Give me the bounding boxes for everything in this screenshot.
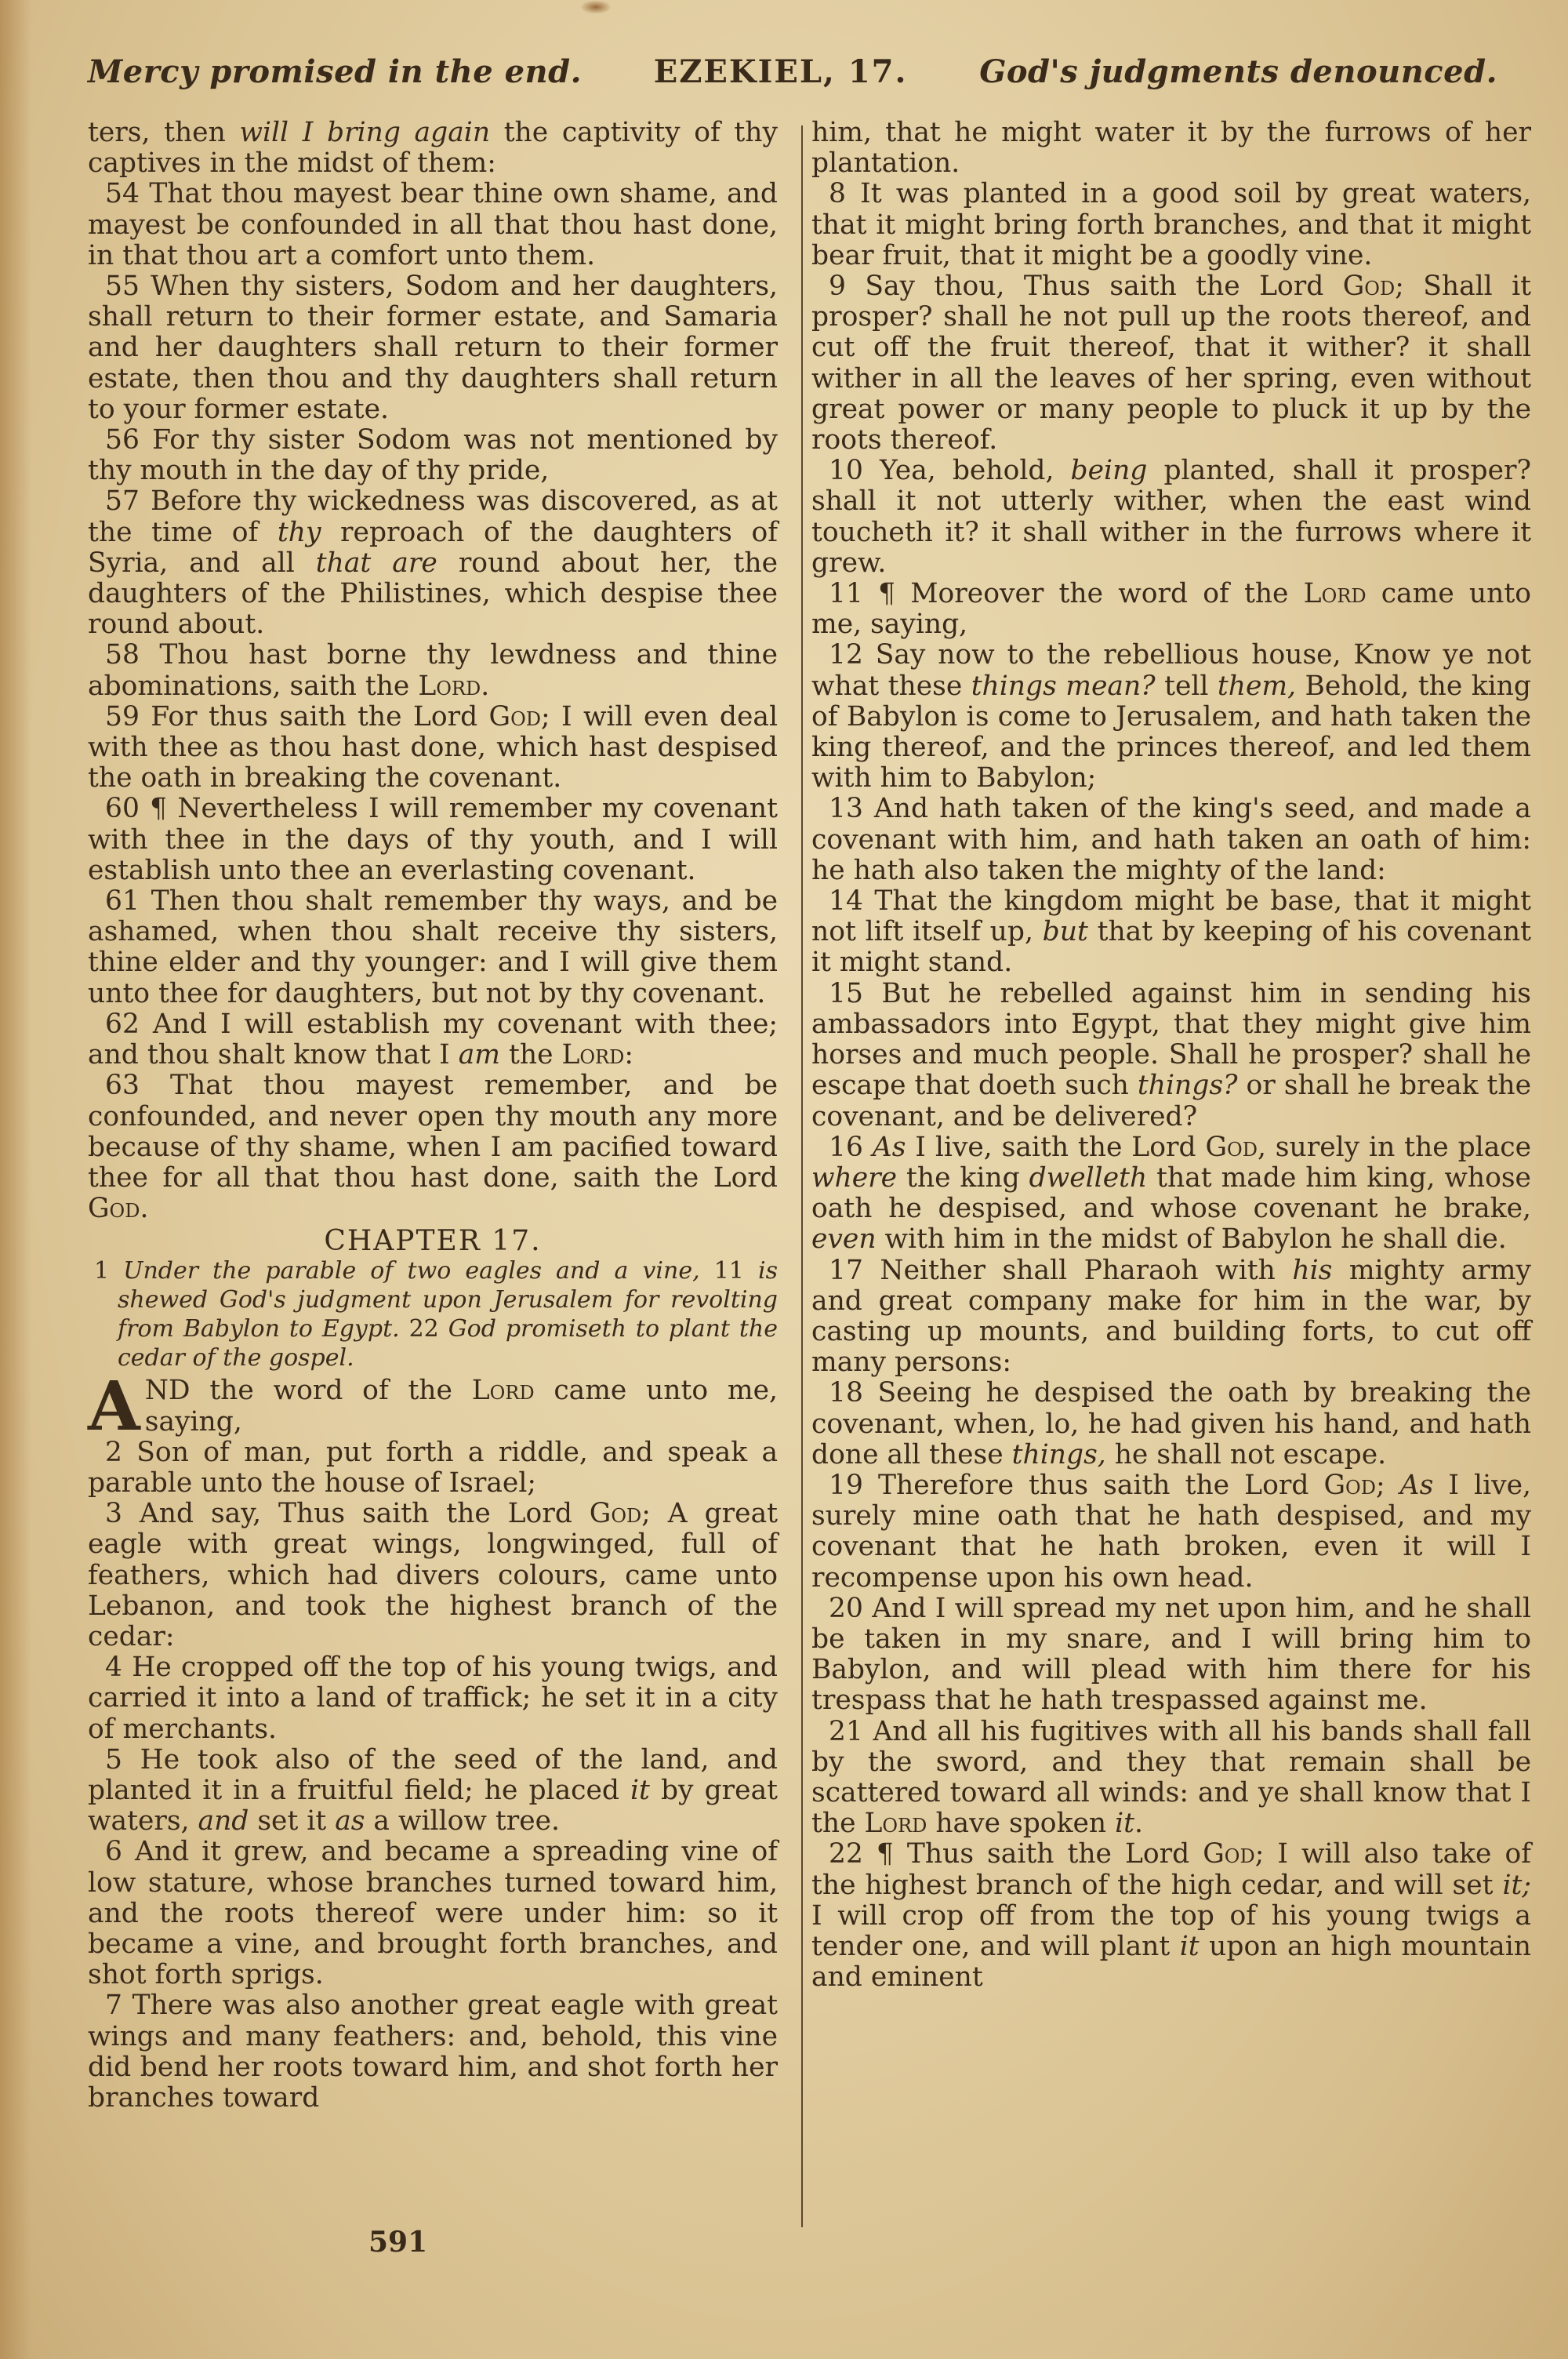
summary-line: 1 Under the parable of two eagles and a … (88, 1256, 778, 1372)
page-number: 591 (368, 2226, 427, 2259)
verse-54: 54 That thou mayest bear thine own shame… (88, 179, 778, 271)
running-header: Mercy promised in the end. EZEKIEL, 17. … (88, 49, 1497, 96)
pilcrow-icon: ¶ (878, 578, 895, 609)
chapter-heading: CHAPTER 17. (88, 1226, 778, 1256)
verse-14: 14 That the kingdom might be base, that … (811, 886, 1531, 979)
verse-7-continuation: him, that he might water it by the furro… (811, 118, 1531, 179)
verse-57: 57 Before thy wickedness was discovered,… (88, 486, 778, 640)
verse-2: 2 Son of man, put forth a riddle, and sp… (88, 1438, 778, 1499)
verse-13: 13 And hath taken of the king's seed, an… (811, 794, 1531, 886)
verse-12: 12 Say now to the rebellious house, Know… (811, 640, 1531, 794)
verse-62: 62 And I will establish my covenant with… (88, 1009, 778, 1070)
pilcrow-icon: ¶ (877, 1838, 894, 1870)
left-column: ters, then will I bring again the captiv… (88, 118, 778, 2114)
verse-16: 16 As I live, saith the Lord God, surely… (811, 1132, 1531, 1256)
verse-60: 60 ¶ Nevertheless I will remember my cov… (88, 794, 778, 886)
verse-7: 7 There was also another great eagle wit… (88, 1990, 778, 2114)
verse-continuation: ters, then will I bring again the captiv… (88, 118, 778, 179)
verse-20: 20 And I will spread my net upon him, an… (811, 1594, 1531, 1717)
verse-15: 15 But he rebelled against him in sendin… (811, 979, 1531, 1132)
verse-6: 6 And it grew, and became a spreading vi… (88, 1837, 778, 1990)
verse-58: 58 Thou hast borne thy lewdness and thin… (88, 640, 778, 701)
verse-5: 5 He took also of the seed of the land, … (88, 1745, 778, 1837)
chapter-summary: 1 Under the parable of two eagles and a … (88, 1256, 778, 1372)
right-column: him, that he might water it by the furro… (811, 118, 1531, 1993)
verse-4: 4 He cropped off the top of his young tw… (88, 1652, 778, 1745)
drop-cap: A (88, 1379, 140, 1435)
paper-stain (580, 0, 612, 14)
verse-56: 56 For thy sister Sodom was not mentione… (88, 425, 778, 486)
verse-19: 19 Therefore thus saith the Lord God; As… (811, 1470, 1531, 1594)
verse-10: 10 Yea, behold, being planted, shall it … (811, 456, 1531, 579)
page-edge-shadow (0, 0, 31, 2359)
verse-17: 17 Neither shall Pharaoh with his mighty… (811, 1256, 1531, 1379)
pilcrow-icon: ¶ (150, 793, 167, 824)
verse-59: 59 For thus saith the Lord God; I will e… (88, 702, 778, 794)
header-book-chapter: EZEKIEL, 17. (654, 49, 908, 96)
verse-11: 11 ¶ Moreover the word of the Lord came … (811, 579, 1531, 640)
verse-22: 22 ¶ Thus saith the Lord God; I will als… (811, 1839, 1531, 1993)
verse-1: AND the word of the Lord came unto me, s… (88, 1376, 778, 1437)
verse-9: 9 Say thou, Thus saith the Lord God; Sha… (811, 271, 1531, 456)
header-left-caption: Mercy promised in the end. (88, 49, 582, 96)
header-right-caption: God's judgments denounced. (979, 49, 1497, 96)
verse-63: 63 That thou mayest remember, and be con… (88, 1070, 778, 1224)
verse-8: 8 It was planted in a good soil by great… (811, 179, 1531, 271)
verse-61: 61 Then thou shalt remember thy ways, an… (88, 886, 778, 1009)
verse-55: 55 When thy sisters, Sodom and her daugh… (88, 271, 778, 425)
bible-page: Mercy promised in the end. EZEKIEL, 17. … (0, 0, 1568, 2359)
verse-21: 21 And all his fugitives with all his ba… (811, 1717, 1531, 1840)
verse-3: 3 And say, Thus saith the Lord God; A gr… (88, 1499, 778, 1652)
column-divider (801, 125, 803, 2227)
verse-18: 18 Seeing he despised the oath by breaki… (811, 1378, 1531, 1470)
